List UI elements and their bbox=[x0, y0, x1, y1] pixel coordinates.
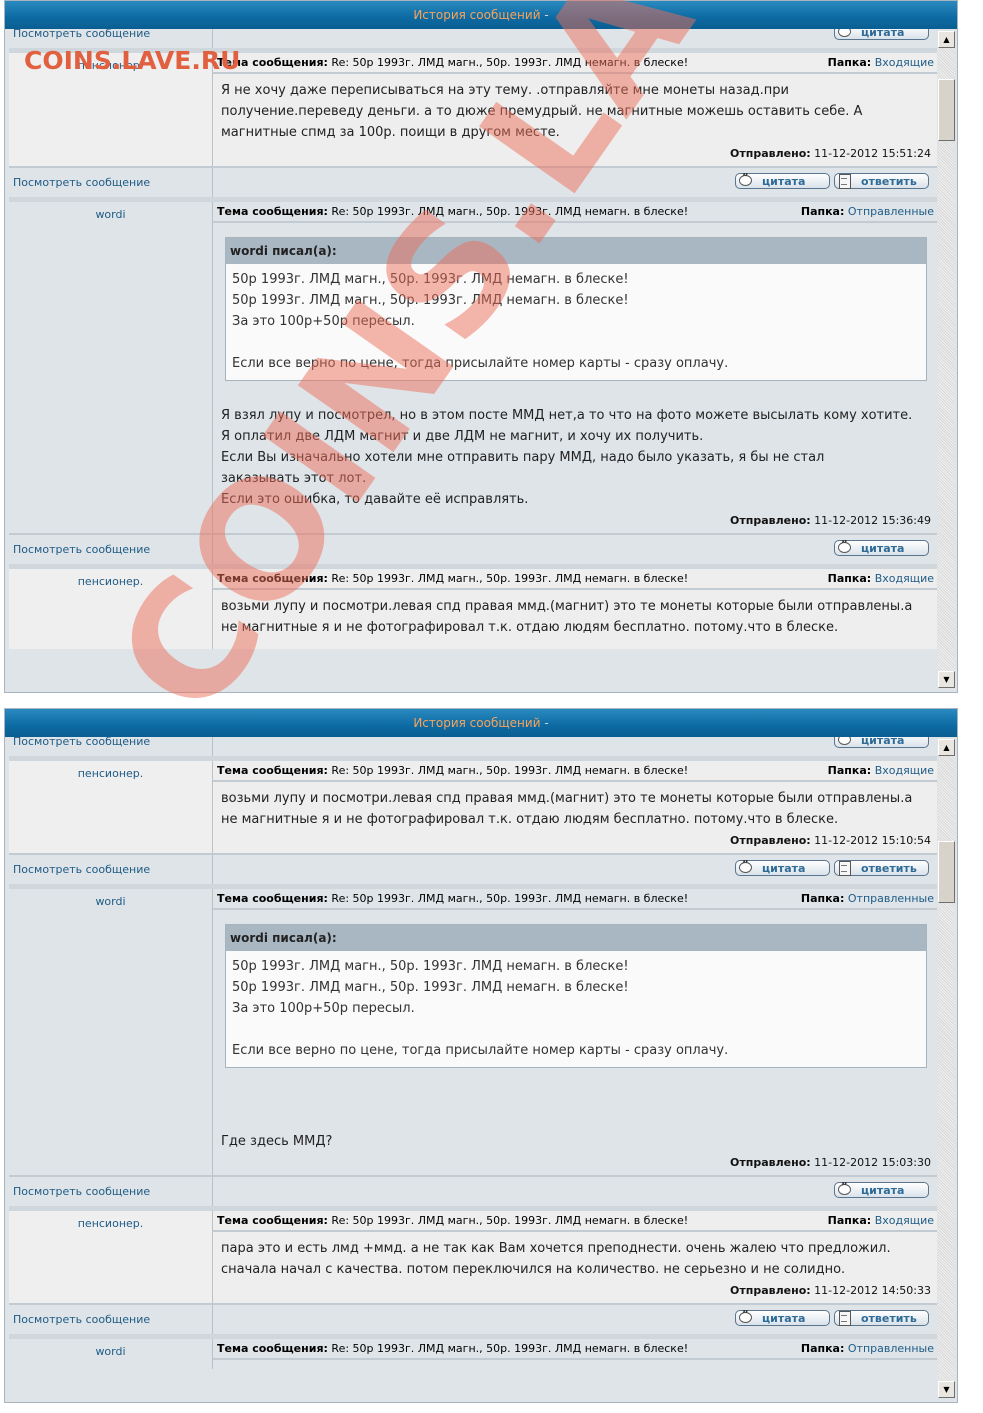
message-body: Тема сообщения: Re: 50р 1993г. ЛМД магн.… bbox=[213, 1211, 937, 1303]
message-subject-row: Тема сообщения: Re: 50р 1993г. ЛМД магн.… bbox=[213, 569, 937, 590]
message-actions-row: Посмотреть сообщениецитата bbox=[9, 1175, 937, 1206]
folder: Папка: Входящие bbox=[828, 572, 934, 585]
subject: Тема сообщения: Re: 50р 1993г. ЛМД магн.… bbox=[217, 764, 688, 777]
action-buttons: цитата bbox=[213, 737, 937, 756]
sent-timestamp: Отправлено: 11-12-2012 14:50:33 bbox=[213, 1284, 937, 1303]
quote-bubble-icon bbox=[738, 174, 754, 188]
message-line: Я оплатил две ЛДМ магнит и две ЛДМ не ма… bbox=[221, 426, 929, 447]
message-actions-row: Посмотреть сообщениецитатаответить bbox=[9, 853, 937, 884]
quote-line: 50р 1993г. ЛМД магн., 50р. 1993г. ЛМД не… bbox=[232, 977, 920, 998]
quote-line: 50р 1993г. ЛМД магн., 50р. 1993г. ЛМД не… bbox=[232, 956, 920, 977]
button-label: цитата bbox=[762, 862, 805, 875]
message-row: wordiТема сообщения: Re: 50р 1993г. ЛМД … bbox=[9, 884, 937, 1175]
reply-button[interactable]: ответить bbox=[834, 860, 929, 876]
sent-value: 11-12-2012 15:10:54 bbox=[814, 834, 931, 847]
message-author[interactable]: пенсионер. bbox=[9, 1211, 213, 1303]
message-row: пенсионер.Тема сообщения: Re: 50р 1993г.… bbox=[9, 756, 937, 853]
quote-line: За это 100р+50р пересыл. bbox=[232, 998, 920, 1019]
button-label: цитата bbox=[861, 737, 904, 747]
folder: Папка: Входящие bbox=[828, 1214, 934, 1227]
message-line: пара это и есть лмд +ммд. а не так как В… bbox=[221, 1238, 929, 1259]
folder-label: Папка: bbox=[828, 1214, 872, 1227]
quote-button[interactable]: цитата bbox=[735, 173, 830, 189]
message-line: Я не хочу даже переписываться на эту тем… bbox=[221, 80, 929, 101]
message-text: Где здесь ММД? bbox=[213, 1086, 937, 1156]
folder-link[interactable]: Отправленные bbox=[848, 892, 934, 905]
message-body: Тема сообщения: Re: 50р 1993г. ЛМД магн.… bbox=[213, 1339, 937, 1369]
scrollbar-thumb[interactable] bbox=[938, 79, 955, 141]
folder: Папка: Отправленные bbox=[801, 1342, 934, 1355]
folder-link[interactable]: Отправленные bbox=[848, 205, 934, 218]
action-buttons: цитата bbox=[213, 535, 937, 564]
subject-text: Re: 50р 1993г. ЛМД магн., 50р. 1993г. ЛМ… bbox=[331, 892, 688, 905]
subject: Тема сообщения: Re: 50р 1993г. ЛМД магн.… bbox=[217, 892, 688, 905]
quote-button[interactable]: цитата bbox=[834, 1182, 929, 1198]
message-line: возьми лупу и посмотри.левая спд правая … bbox=[221, 788, 929, 809]
folder-link[interactable]: Входящие bbox=[875, 1214, 934, 1227]
message-body: Тема сообщения: Re: 50р 1993г. ЛМД магн.… bbox=[213, 202, 937, 533]
sent-label: Отправлено: bbox=[730, 1156, 811, 1169]
quote-button[interactable]: цитата bbox=[735, 860, 830, 876]
quote-line: За это 100р+50р пересыл. bbox=[232, 311, 920, 332]
message-body: Тема сообщения: Re: 50р 1993г. ЛМД магн.… bbox=[213, 569, 937, 649]
sent-timestamp: Отправлено: 11-12-2012 15:03:30 bbox=[213, 1156, 937, 1175]
message-list[interactable]: Посмотреть сообщениецитатапенсионер.Тема… bbox=[9, 737, 937, 1398]
quote-line: 50р 1993г. ЛМД магн., 50р. 1993г. ЛМД не… bbox=[232, 290, 920, 311]
view-message-link[interactable]: Посмотреть сообщение bbox=[9, 737, 213, 756]
sent-label: Отправлено: bbox=[730, 514, 811, 527]
subject: Тема сообщения: Re: 50р 1993г. ЛМД магн.… bbox=[217, 1214, 688, 1227]
sent-label: Отправлено: bbox=[730, 147, 811, 160]
reply-document-icon bbox=[837, 1311, 853, 1325]
quote-bubble-icon bbox=[837, 541, 853, 555]
quote-button[interactable]: цитата bbox=[735, 1310, 830, 1326]
reply-button[interactable]: ответить bbox=[834, 173, 929, 189]
scroll-down-arrow-icon[interactable]: ▼ bbox=[938, 1381, 955, 1398]
message-subject-row: Тема сообщения: Re: 50р 1993г. ЛМД магн.… bbox=[213, 889, 937, 910]
button-label: цитата bbox=[861, 542, 904, 555]
action-buttons: цитатаответить bbox=[213, 168, 937, 197]
subject-text: Re: 50р 1993г. ЛМД магн., 50р. 1993г. ЛМ… bbox=[331, 572, 688, 585]
sent-timestamp: Отправлено: 11-12-2012 15:36:49 bbox=[213, 514, 937, 533]
subject-text: Re: 50р 1993г. ЛМД магн., 50р. 1993г. ЛМ… bbox=[331, 205, 688, 218]
message-line: получение.переведу деньги. а то дюже пре… bbox=[221, 101, 929, 122]
message-author[interactable]: wordi bbox=[9, 889, 213, 1175]
message-list[interactable]: Посмотреть сообщениецитатапенсионер.Тема… bbox=[9, 29, 937, 688]
action-buttons: цитата bbox=[213, 1177, 937, 1206]
scroll-up-arrow-icon[interactable]: ▲ bbox=[938, 31, 955, 48]
message-actions-row: Посмотреть сообщениецитата bbox=[9, 533, 937, 564]
action-buttons: цитата bbox=[213, 29, 937, 48]
quote-text: 50р 1993г. ЛМД магн., 50р. 1993г. ЛМД не… bbox=[226, 264, 926, 380]
subject: Тема сообщения: Re: 50р 1993г. ЛМД магн.… bbox=[217, 1342, 688, 1355]
message-text: Я взял лупу и посмотрел, но в этом посте… bbox=[213, 399, 937, 514]
sent-value: 11-12-2012 15:03:30 bbox=[814, 1156, 931, 1169]
button-label: ответить bbox=[861, 1312, 917, 1325]
sent-label: Отправлено: bbox=[730, 1284, 811, 1297]
message-text: возьми лупу и посмотри.левая спд правая … bbox=[213, 590, 937, 642]
view-message-link[interactable]: Посмотреть сообщение bbox=[9, 1305, 213, 1334]
quote-line: 50р 1993г. ЛМД магн., 50р. 1993г. ЛМД не… bbox=[232, 269, 920, 290]
panel-title-bar: История сообщений - bbox=[5, 709, 957, 737]
quote-button[interactable]: цитата bbox=[834, 737, 929, 748]
subject-label: Тема сообщения: bbox=[217, 892, 328, 905]
message-author[interactable]: пенсионер. bbox=[9, 569, 213, 649]
folder-label: Папка: bbox=[828, 56, 872, 69]
quote-line bbox=[232, 332, 920, 353]
message-body: Тема сообщения: Re: 50р 1993г. ЛМД магн.… bbox=[213, 889, 937, 1175]
message-line: Где здесь ММД? bbox=[221, 1131, 929, 1152]
message-line: не магнитные я и не фотографировал т.к. … bbox=[221, 617, 929, 638]
folder: Папка: Отправленные bbox=[801, 205, 934, 218]
quote-line bbox=[232, 1019, 920, 1040]
folder-link[interactable]: Входящие bbox=[875, 764, 934, 777]
message-row: пенсионер.Тема сообщения: Re: 50р 1993г.… bbox=[9, 564, 937, 649]
quote-line: Если все верно по цене, тогда присылайте… bbox=[232, 1040, 920, 1061]
view-message-link[interactable]: Посмотреть сообщение bbox=[9, 1177, 213, 1206]
subject-label: Тема сообщения: bbox=[217, 764, 328, 777]
sent-label: Отправлено: bbox=[730, 834, 811, 847]
subject-label: Тема сообщения: bbox=[217, 205, 328, 218]
message-actions-row: Посмотреть сообщениецитатаответить bbox=[9, 166, 937, 197]
quote-block: wordi писал(а):50р 1993г. ЛМД магн., 50р… bbox=[225, 924, 927, 1068]
folder-label: Папка: bbox=[828, 572, 872, 585]
message-text: возьми лупу и посмотри.левая спд правая … bbox=[213, 782, 937, 834]
quote-line: Если все верно по цене, тогда присылайте… bbox=[232, 353, 920, 374]
quote-button[interactable]: цитата bbox=[834, 29, 929, 40]
message-subject-row: Тема сообщения: Re: 50р 1993г. ЛМД магн.… bbox=[213, 53, 937, 74]
message-history-panel-bottom: История сообщений - Посмотреть сообщение… bbox=[4, 708, 958, 1403]
message-line: не магнитные я и не фотографировал т.к. … bbox=[221, 809, 929, 830]
message-row: wordiТема сообщения: Re: 50р 1993г. ЛМД … bbox=[9, 1334, 937, 1369]
folder-link[interactable]: Отправленные bbox=[848, 1342, 934, 1355]
sent-timestamp: Отправлено: 11-12-2012 15:51:24 bbox=[213, 147, 937, 166]
scroll-down-arrow-icon[interactable]: ▼ bbox=[938, 671, 955, 688]
button-label: ответить bbox=[861, 175, 917, 188]
folder-label: Папка: bbox=[801, 205, 845, 218]
message-subject-row: Тема сообщения: Re: 50р 1993г. ЛМД магн.… bbox=[213, 1211, 937, 1232]
message-author[interactable]: пенсионер. bbox=[9, 761, 213, 853]
message-body: Тема сообщения: Re: 50р 1993г. ЛМД магн.… bbox=[213, 53, 937, 166]
panel-title: История сообщений bbox=[413, 8, 540, 22]
scrollbar-thumb[interactable] bbox=[938, 841, 955, 903]
quote-bubble-icon bbox=[837, 29, 853, 39]
message-row: wordiТема сообщения: Re: 50р 1993г. ЛМД … bbox=[9, 197, 937, 533]
quote-button[interactable]: цитата bbox=[834, 540, 929, 556]
button-label: цитата bbox=[861, 1184, 904, 1197]
panel-title: История сообщений bbox=[413, 716, 540, 730]
message-history-panel-top: История сообщений - Посмотреть сообщение… bbox=[4, 0, 958, 693]
quote-author: wordi писал(а): bbox=[226, 238, 926, 264]
button-label: цитата bbox=[861, 29, 904, 39]
message-line: Я взял лупу и посмотрел, но в этом посте… bbox=[221, 405, 929, 426]
subject-text: Re: 50р 1993г. ЛМД магн., 50р. 1993г. ЛМ… bbox=[331, 1342, 688, 1355]
folder-label: Папка: bbox=[828, 764, 872, 777]
message-line: магнитные спмд за 100р. поищи в другом м… bbox=[221, 122, 929, 143]
sent-value: 11-12-2012 14:50:33 bbox=[814, 1284, 931, 1297]
message-body: Тема сообщения: Re: 50р 1993г. ЛМД магн.… bbox=[213, 761, 937, 853]
panel-title-bar: История сообщений - bbox=[5, 1, 957, 29]
message-actions-row: Посмотреть сообщениецитата bbox=[9, 737, 937, 756]
message-subject-row: Тема сообщения: Re: 50р 1993г. ЛМД магн.… bbox=[213, 761, 937, 782]
folder: Папка: Входящие bbox=[828, 56, 934, 69]
message-subject-row: Тема сообщения: Re: 50р 1993г. ЛМД магн.… bbox=[213, 1339, 937, 1360]
sent-timestamp: Отправлено: 11-12-2012 15:10:54 bbox=[213, 834, 937, 853]
quote-bubble-icon bbox=[738, 861, 754, 875]
reply-document-icon bbox=[837, 174, 853, 188]
subject: Тема сообщения: Re: 50р 1993г. ЛМД магн.… bbox=[217, 56, 688, 69]
message-text: Я не хочу даже переписываться на эту тем… bbox=[213, 74, 937, 147]
folder-link[interactable]: Входящие bbox=[875, 56, 934, 69]
message-actions-row: Посмотреть сообщениецитатаответить bbox=[9, 1303, 937, 1334]
scroll-up-arrow-icon[interactable]: ▲ bbox=[938, 739, 955, 756]
button-label: цитата bbox=[762, 1312, 805, 1325]
subject-label: Тема сообщения: bbox=[217, 1342, 328, 1355]
folder-label: Папка: bbox=[801, 1342, 845, 1355]
folder: Папка: Входящие bbox=[828, 764, 934, 777]
quote-bubble-icon bbox=[837, 737, 853, 747]
sent-value: 11-12-2012 15:36:49 bbox=[814, 514, 931, 527]
sent-value: 11-12-2012 15:51:24 bbox=[814, 147, 931, 160]
message-line: Если это ошибка, то давайте её исправлят… bbox=[221, 489, 929, 510]
panel-title-suffix: - bbox=[541, 716, 549, 730]
message-text: пара это и есть лмд +ммд. а не так как В… bbox=[213, 1232, 937, 1284]
subject: Тема сообщения: Re: 50р 1993г. ЛМД магн.… bbox=[217, 572, 688, 585]
folder: Папка: Отправленные bbox=[801, 892, 934, 905]
reply-button[interactable]: ответить bbox=[834, 1310, 929, 1326]
folder-label: Папка: bbox=[801, 892, 845, 905]
quote-bubble-icon bbox=[738, 1311, 754, 1325]
message-row: пенсионер.Тема сообщения: Re: 50р 1993г.… bbox=[9, 1206, 937, 1303]
vertical-scrollbar[interactable]: ▲ ▼ bbox=[938, 739, 955, 1398]
button-label: цитата bbox=[762, 175, 805, 188]
message-author[interactable]: wordi bbox=[9, 1339, 213, 1369]
quote-author: wordi писал(а): bbox=[226, 925, 926, 951]
message-line: сначала начал с качества. потом переключ… bbox=[221, 1259, 929, 1280]
panel-title-suffix: - bbox=[541, 8, 549, 22]
folder-link[interactable]: Входящие bbox=[875, 572, 934, 585]
subject-label: Тема сообщения: bbox=[217, 1214, 328, 1227]
watermark-small: COINS.LAVE.RU bbox=[24, 46, 240, 75]
quote-text: 50р 1993г. ЛМД магн., 50р. 1993г. ЛМД не… bbox=[226, 951, 926, 1067]
subject-text: Re: 50р 1993г. ЛМД магн., 50р. 1993г. ЛМ… bbox=[331, 1214, 688, 1227]
view-message-link[interactable]: Посмотреть сообщение bbox=[9, 535, 213, 564]
quote-bubble-icon bbox=[837, 1183, 853, 1197]
message-subject-row: Тема сообщения: Re: 50р 1993г. ЛМД магн.… bbox=[213, 202, 937, 223]
vertical-scrollbar[interactable]: ▲ ▼ bbox=[938, 31, 955, 688]
action-buttons: цитатаответить bbox=[213, 855, 937, 884]
action-buttons: цитатаответить bbox=[213, 1305, 937, 1334]
message-line: заказывать этот лот. bbox=[221, 468, 929, 489]
message-line: Если Вы изначально хотели мне отправить … bbox=[221, 447, 929, 468]
subject-text: Re: 50р 1993г. ЛМД магн., 50р. 1993г. ЛМ… bbox=[331, 764, 688, 777]
view-message-link[interactable]: Посмотреть сообщение bbox=[9, 168, 213, 197]
subject: Тема сообщения: Re: 50р 1993г. ЛМД магн.… bbox=[217, 205, 688, 218]
message-line bbox=[221, 1110, 929, 1131]
subject-label: Тема сообщения: bbox=[217, 572, 328, 585]
message-author[interactable]: wordi bbox=[9, 202, 213, 533]
reply-document-icon bbox=[837, 861, 853, 875]
message-line: возьми лупу и посмотри.левая спд правая … bbox=[221, 596, 929, 617]
button-label: ответить bbox=[861, 862, 917, 875]
view-message-link[interactable]: Посмотреть сообщение bbox=[9, 855, 213, 884]
quote-block: wordi писал(а):50р 1993г. ЛМД магн., 50р… bbox=[225, 237, 927, 381]
subject-text: Re: 50р 1993г. ЛМД магн., 50р. 1993г. ЛМ… bbox=[331, 56, 688, 69]
